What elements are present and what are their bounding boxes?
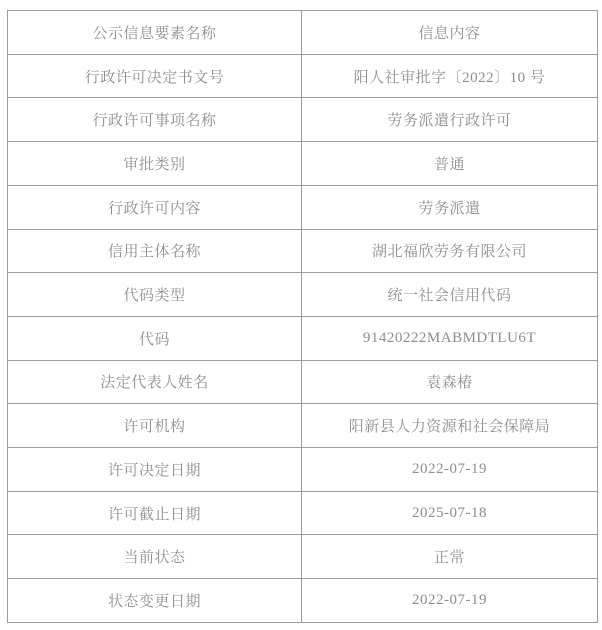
field-value: 袁森椿 [302,360,598,404]
table-row-permit-content: 行政许可内容 劳务派遣 [8,185,598,229]
table-row-code-type: 代码类型 统一社会信用代码 [8,273,598,317]
field-label: 行政许可决定书文号 [8,54,302,98]
table-row-permit-item-name: 行政许可事项名称 劳务派遣行政许可 [8,98,598,142]
field-value: 2025-07-18 [302,491,598,535]
table-row-permit-decision-date: 许可决定日期 2022-07-19 [8,448,598,492]
field-value: 普通 [302,142,598,186]
field-value: 91420222MABMDTLU6T [302,316,598,360]
field-label: 代码 [8,316,302,360]
field-value: 统一社会信用代码 [302,273,598,317]
field-label: 状态变更日期 [8,579,302,623]
table-row-decision-doc-number: 行政许可决定书文号 阳人社审批字〔2022〕10 号 [8,54,598,98]
permit-info-table: 公示信息要素名称 信息内容 行政许可决定书文号 阳人社审批字〔2022〕10 号… [7,10,598,623]
field-label: 代码类型 [8,273,302,317]
table-row-approval-category: 审批类别 普通 [8,142,598,186]
table-row-status-change-date: 状态变更日期 2022-07-19 [8,579,598,623]
field-label: 当前状态 [8,535,302,579]
table-row-legal-representative: 法定代表人姓名 袁森椿 [8,360,598,404]
field-label: 许可截止日期 [8,491,302,535]
field-label: 行政许可事项名称 [8,98,302,142]
table-row-credit-subject-name: 信用主体名称 湖北福欣劳务有限公司 [8,229,598,273]
header-field-name: 公示信息要素名称 [8,11,302,55]
table-row-licensing-authority: 许可机构 阳新县人力资源和社会保障局 [8,404,598,448]
field-label: 许可机构 [8,404,302,448]
field-label: 审批类别 [8,142,302,186]
table-row-permit-expiry-date: 许可截止日期 2025-07-18 [8,491,598,535]
field-label: 法定代表人姓名 [8,360,302,404]
field-value: 2022-07-19 [302,448,598,492]
header-field-value: 信息内容 [302,11,598,55]
field-value: 阳新县人力资源和社会保障局 [302,404,598,448]
field-value: 2022-07-19 [302,579,598,623]
field-value: 阳人社审批字〔2022〕10 号 [302,54,598,98]
field-label: 行政许可内容 [8,185,302,229]
table-row-code: 代码 91420222MABMDTLU6T [8,316,598,360]
permit-disclosure-page: 公示信息要素名称 信息内容 行政许可决定书文号 阳人社审批字〔2022〕10 号… [0,0,602,630]
field-value: 劳务派遣行政许可 [302,98,598,142]
header-row: 公示信息要素名称 信息内容 [8,11,598,55]
field-value: 湖北福欣劳务有限公司 [302,229,598,273]
field-value: 劳务派遣 [302,185,598,229]
table-row-current-status: 当前状态 正常 [8,535,598,579]
field-value: 正常 [302,535,598,579]
field-label: 许可决定日期 [8,448,302,492]
field-label: 信用主体名称 [8,229,302,273]
